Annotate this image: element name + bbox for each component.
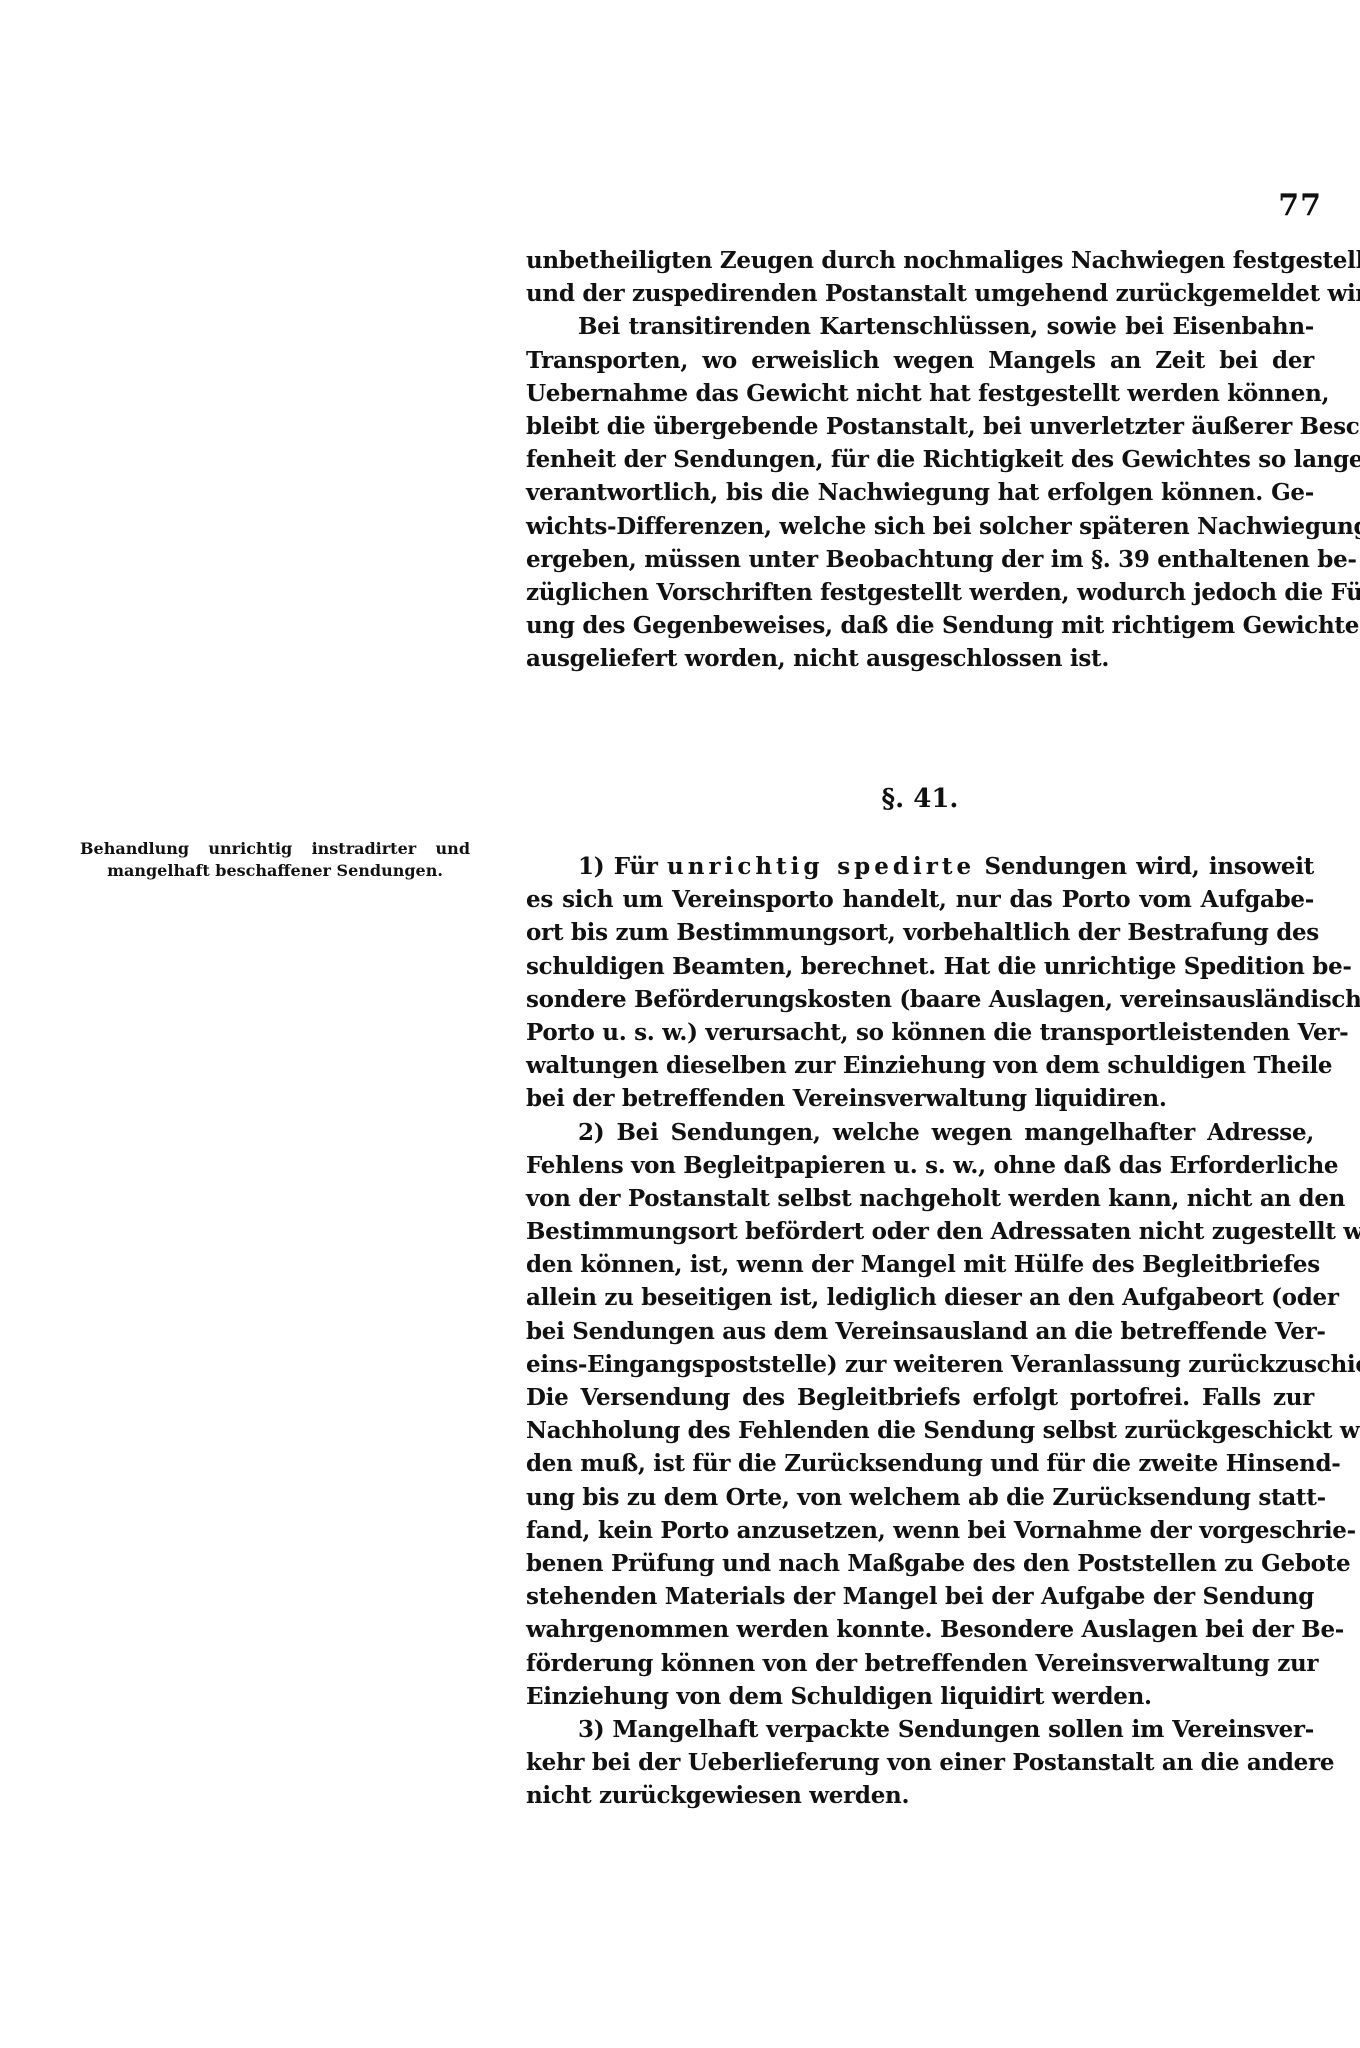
text-line: den muß, ist für die Zurücksendung und f… xyxy=(526,1447,1314,1480)
section-heading: §. 41. xyxy=(526,784,1314,814)
text-line: Fehlens von Begleitpapieren u. s. w., oh… xyxy=(526,1149,1314,1182)
text-line: Transporten, wo erweislich wegen Mangels… xyxy=(526,344,1314,377)
text-line: ausgeliefert worden, nicht ausgeschlosse… xyxy=(526,642,1314,675)
paragraph-3-first-line: 3) Mangelhaft verpackte Sendungen sollen… xyxy=(526,1713,1314,1746)
marginal-note-line: Behandlung unrichtig instradirter und xyxy=(80,838,470,860)
text-line: bei Sendungen aus dem Vereinsausland an … xyxy=(526,1315,1314,1348)
text-line: allein zu beseitigen ist, lediglich dies… xyxy=(526,1281,1314,1314)
page-number: 77 xyxy=(1262,188,1322,223)
text-line: bei der betreffenden Vereinsverwaltung l… xyxy=(526,1082,1314,1115)
text-line: eins-Eingangspoststelle) zur weiteren Ve… xyxy=(526,1348,1314,1381)
emphasized-text: unrichtig spedirte xyxy=(667,853,975,880)
text-line: Einziehung von dem Schuldigen liquidirt … xyxy=(526,1680,1314,1713)
text-line: wahrgenommen werden konnte. Besondere Au… xyxy=(526,1613,1314,1646)
text-line: Porto u. s. w.) verursacht, so können di… xyxy=(526,1016,1314,1049)
text-line: förderung können von der betreffenden Ve… xyxy=(526,1647,1314,1680)
text-line: fand, kein Porto anzusetzen, wenn bei Vo… xyxy=(526,1514,1314,1547)
text-line: es sich um Vereinsporto handelt, nur das… xyxy=(526,883,1314,916)
text-line: benen Prüfung und nach Maßgabe des den P… xyxy=(526,1547,1314,1580)
text-line: Die Versendung des Begleitbriefs erfolgt… xyxy=(526,1381,1314,1414)
text-line: Bei transitirenden Kartenschlüssen, sowi… xyxy=(526,310,1314,343)
paragraph-2-first-line: 2) Bei Sendungen, welche wegen mangelhaf… xyxy=(526,1116,1314,1149)
text-line: ort bis zum Bestimmungsort, vorbehaltlic… xyxy=(526,916,1314,949)
section-body: 1) Für unrichtig spedirte Sendungen wird… xyxy=(526,850,1314,1812)
text-line: stehenden Materials der Mangel bei der A… xyxy=(526,1580,1314,1613)
text-line: und der zuspedirenden Postanstalt umgehe… xyxy=(526,277,1314,310)
text-line: unbetheiligten Zeugen durch nochmaliges … xyxy=(526,244,1314,277)
text-line: nicht zurückgewiesen werden. xyxy=(526,1779,1314,1812)
text-line: fenheit der Sendungen, für die Richtigke… xyxy=(526,443,1314,476)
continuation-text: unbetheiligten Zeugen durch nochmaliges … xyxy=(526,244,1314,675)
text-line: Uebernahme das Gewicht nicht hat festges… xyxy=(526,377,1314,410)
text-line: bleibt die übergebende Postanstalt, bei … xyxy=(526,410,1314,443)
text-run: Sendungen wird, insoweit xyxy=(975,853,1314,880)
text-run: 1) Für xyxy=(578,853,667,880)
text-line: kehr bei der Ueberlieferung von einer Po… xyxy=(526,1746,1314,1779)
text-line: sondere Beförderungskosten (baare Auslag… xyxy=(526,983,1314,1016)
text-line: verantwortlich, bis die Nachwiegung hat … xyxy=(526,476,1314,509)
text-line: schuldigen Beamten, berechnet. Hat die u… xyxy=(526,950,1314,983)
paragraph-1-first-line: 1) Für unrichtig spedirte Sendungen wird… xyxy=(526,850,1314,883)
text-line: ung des Gegenbeweises, daß die Sendung m… xyxy=(526,609,1314,642)
text-line: den können, ist, wenn der Mangel mit Hül… xyxy=(526,1248,1314,1281)
text-line: Nachholung des Fehlenden die Sendung sel… xyxy=(526,1414,1314,1447)
text-line: ung bis zu dem Orte, von welchem ab die … xyxy=(526,1481,1314,1514)
text-line: ergeben, müssen unter Beobachtung der im… xyxy=(526,543,1314,576)
text-line: Bestimmungsort befördert oder den Adress… xyxy=(526,1215,1314,1248)
text-line: wichts-Differenzen, welche sich bei solc… xyxy=(526,510,1314,543)
text-line: von der Postanstalt selbst nachgeholt we… xyxy=(526,1182,1314,1215)
text-line: züglichen Vorschriften festgestellt werd… xyxy=(526,576,1314,609)
text-line: waltungen dieselben zur Einziehung von d… xyxy=(526,1049,1314,1082)
marginal-note-line: mangelhaft beschaffener Sendungen. xyxy=(80,860,470,882)
marginal-note: Behandlung unrichtig instradirter und ma… xyxy=(80,838,470,882)
